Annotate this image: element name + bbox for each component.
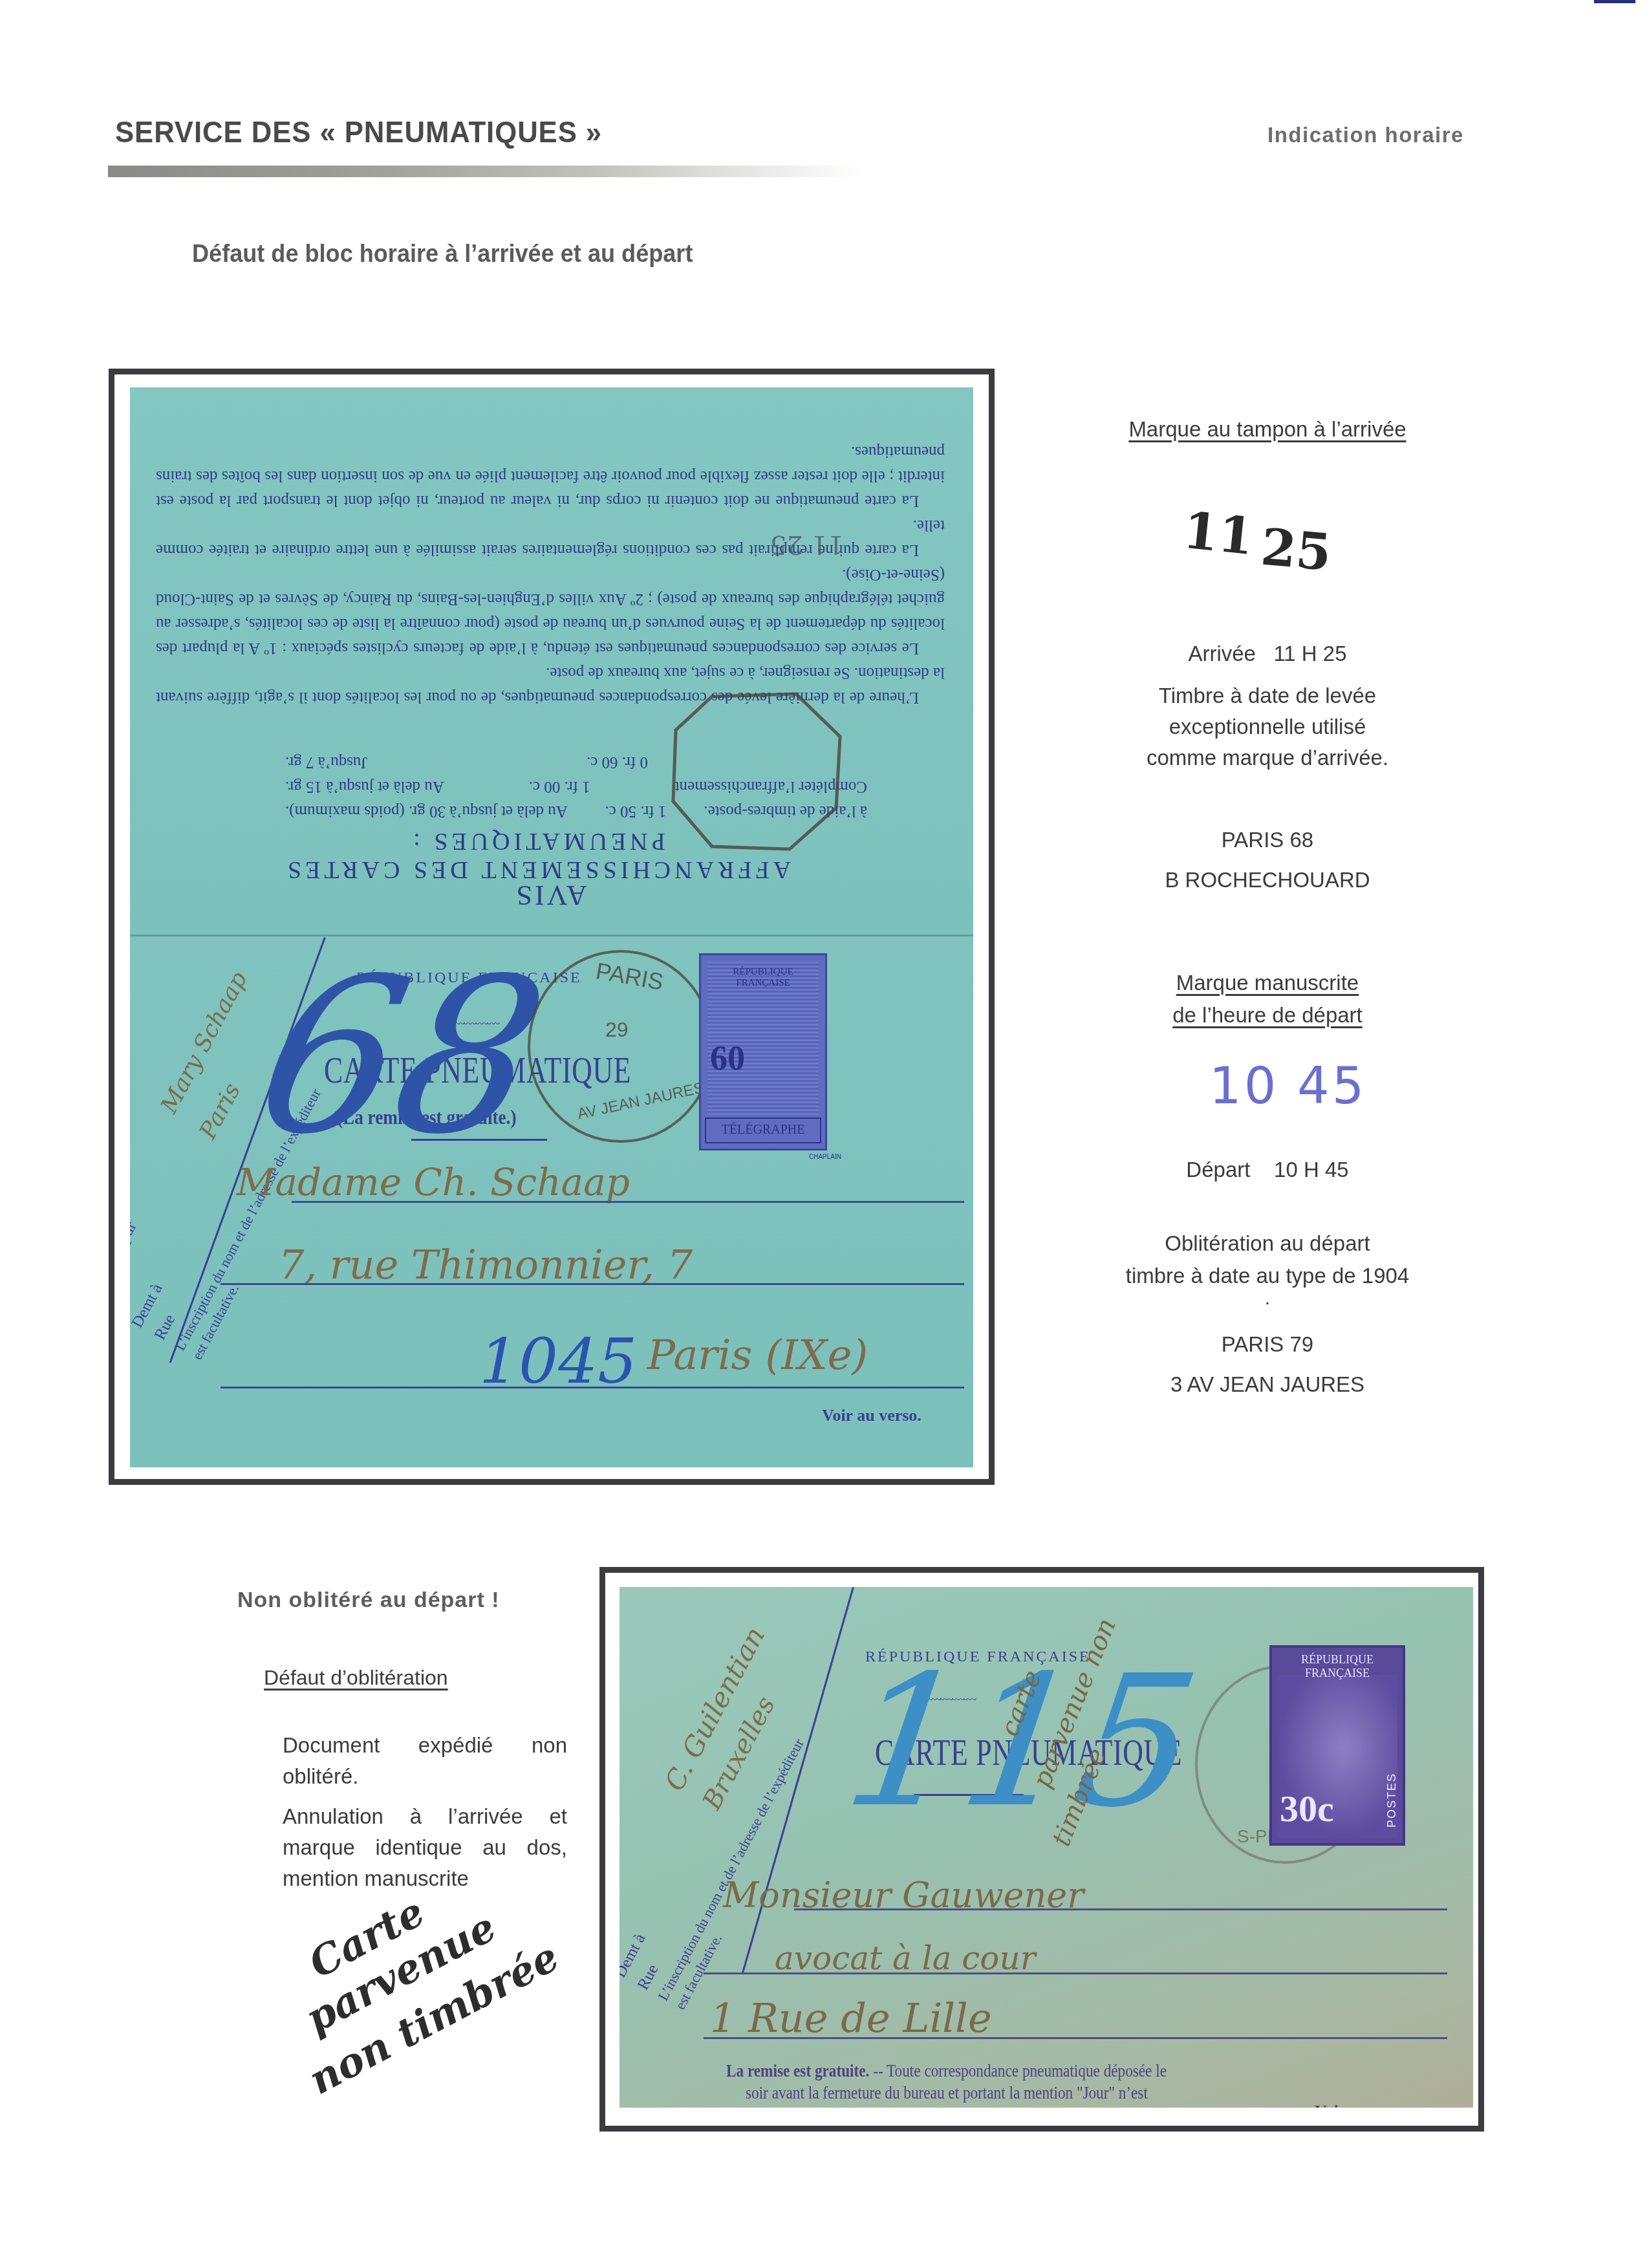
address-line: Madame Ch. Schaap (237, 1160, 630, 1204)
card-frame-1: L’heure de la dernière levée des corresp… (109, 369, 995, 1485)
departure-office: PARIS 79 3 AV JEAN JAURES (1070, 1324, 1465, 1405)
corner-mark (1594, 0, 1635, 3)
separator-dot: . (1070, 1292, 1465, 1305)
arrival-desc-line: Timbre à date de levée (1070, 680, 1465, 711)
back-paragraph: Le service des correspondances pneumatiq… (156, 562, 945, 660)
tarif-price: 1 fr. 00 c. (529, 774, 590, 799)
arrival-time-mark: 11 25 (770, 530, 845, 559)
address-line: 7, rue Thimonnier, 7 (279, 1241, 693, 1288)
stamp-engraver: CHAPLAIN (809, 1154, 841, 1161)
voir-au-verso: Voir au verso. (1315, 2102, 1414, 2108)
arrival-description: Timbre à date de levée exceptionnelle ut… (1070, 680, 1465, 773)
footer-bold: La remise est gratuite. (726, 2061, 869, 2080)
page-subtitle: Défaut de bloc horaire à l’arrivée et au… (192, 241, 693, 268)
departure-heading-line: Marque manuscrite (1176, 971, 1359, 995)
departure-office-line: PARIS 79 (1070, 1324, 1465, 1365)
address-rule (292, 1201, 964, 1203)
tarif-label: Au delà et jusqu’à 15 gr. (285, 774, 444, 799)
card-back: L’heure de la dernière levée des corresp… (130, 387, 973, 934)
back-instructions: L’heure de la dernière levée des corresp… (156, 439, 945, 709)
doc-paragraph-2: Annulation à l’arrivée et marque identiq… (283, 1801, 567, 1894)
defaut-obliteration-heading: Défaut d’oblitération (264, 1666, 448, 1690)
title-underline-bar (108, 166, 865, 177)
arrival-office: PARIS 68 B ROCHECHOUARD (1070, 820, 1465, 900)
arrival-office-line: B ROCHECHOUARD (1070, 860, 1465, 900)
footer-line-1: La remise est gratuite. -- Toute corresp… (726, 2059, 1167, 2082)
departure-description: Oblitération au départ timbre à date au … (1070, 1227, 1465, 1292)
stamp-country: RÉPUBLIQUE FRANÇAISE (1275, 1653, 1400, 1680)
address-rule (704, 1972, 1447, 1974)
page-title: SERVICE DES « PNEUMATIQUES » (115, 114, 602, 149)
card-frame-2: * Expédié par M Demt à Rue L’inscription… (599, 1567, 1484, 2132)
office-number-handwritten: 68 (243, 950, 560, 1163)
address-line: Paris (IXe) (647, 1332, 868, 1379)
imprinted-stamp-30c: RÉPUBLIQUE FRANÇAISE 30c POSTES (1269, 1645, 1405, 1846)
arrival-office-line: PARIS 68 (1070, 820, 1465, 860)
departure-desc-line: Oblitération au départ (1070, 1227, 1465, 1260)
arrival-desc-line: exceptionnelle utilisé (1070, 711, 1465, 742)
address-rule (794, 1908, 1447, 1910)
doc-paragraph-1: Document expédié non oblitéré. (283, 1730, 567, 1792)
tarif-price: 0 fr. 60 c. (587, 750, 648, 774)
tarif-label: Au delà et jusqu’à 30 gr. (poids maximum… (285, 799, 568, 823)
address-line: 1 Rue de Lille (710, 1994, 992, 2042)
address-line: avocat à la cour (775, 1939, 1036, 1977)
address-rule (221, 1283, 964, 1285)
footer-rest: -- Toute correspondance pneumatique dépo… (869, 2061, 1167, 2080)
footer-line-2: soir avant la fermeture du bureau et por… (746, 2081, 1148, 2104)
back-paragraph: La carte pneumatique ne doit contenir ni… (156, 439, 945, 513)
departure-heading: Marque manuscrite de l’heure de départ (1070, 967, 1465, 1031)
stamp-label: TÉLÉGRAPHE (705, 1118, 821, 1143)
tarif-label: Jusqu’à 7 gr. (285, 750, 367, 774)
departure-time: Départ 10 H 45 (1070, 1158, 1465, 1182)
section-tag: Indication horaire (1267, 123, 1464, 147)
voir-au-verso: Voir au verso. (822, 1406, 921, 1425)
address-rule (221, 1387, 964, 1388)
footer-line-3: distribuée que le lendemain matin. (746, 2103, 953, 2108)
imprinted-stamp-60c: RÉPUBLIQUE FRANÇAISE 60 TÉLÉGRAPHE (699, 953, 827, 1150)
arrival-stamp-hour: 11 (1181, 501, 1256, 567)
stamp-value: 30c (1280, 1787, 1334, 1830)
stamp-value: 60 (710, 1038, 745, 1078)
pneumatic-card-2: * Expédié par M Demt à Rue L’inscription… (620, 1587, 1473, 2108)
avis-heading: AVIS (259, 879, 841, 912)
arrival-desc-line: comme marque d’arrivée. (1070, 742, 1465, 773)
address-rule (704, 2037, 1447, 2039)
non-oblitere-heading: Non oblitéré au départ ! (237, 1588, 500, 1613)
departure-office-line: 3 AV JEAN JAURES (1070, 1365, 1465, 1405)
arrival-time: Arrivée 11 H 25 (1070, 642, 1465, 666)
arrival-heading: Marque au tampon à l’arrivée (1070, 417, 1465, 442)
postmark-day: 29 (605, 1018, 629, 1042)
tarif-price: 1 fr. 50 c. (605, 799, 666, 823)
arrival-heading-text: Marque au tampon à l’arrivée (1128, 417, 1406, 441)
card-front: * Expédié par M Demt à Rue L’inscription… (130, 937, 973, 1467)
departure-hand-sample: 10 45 (1209, 1057, 1366, 1116)
arrival-stamp-minute: 25 (1258, 517, 1333, 582)
departure-heading-line: de l’heure de départ (1172, 1003, 1363, 1027)
stamp-label: POSTES (1385, 1773, 1399, 1828)
octagonal-postmark (667, 691, 848, 853)
stamp-country: RÉPUBLIQUE FRANÇAISE (706, 967, 820, 989)
pneumatic-card-1: L’heure de la dernière levée des corresp… (130, 387, 973, 1467)
